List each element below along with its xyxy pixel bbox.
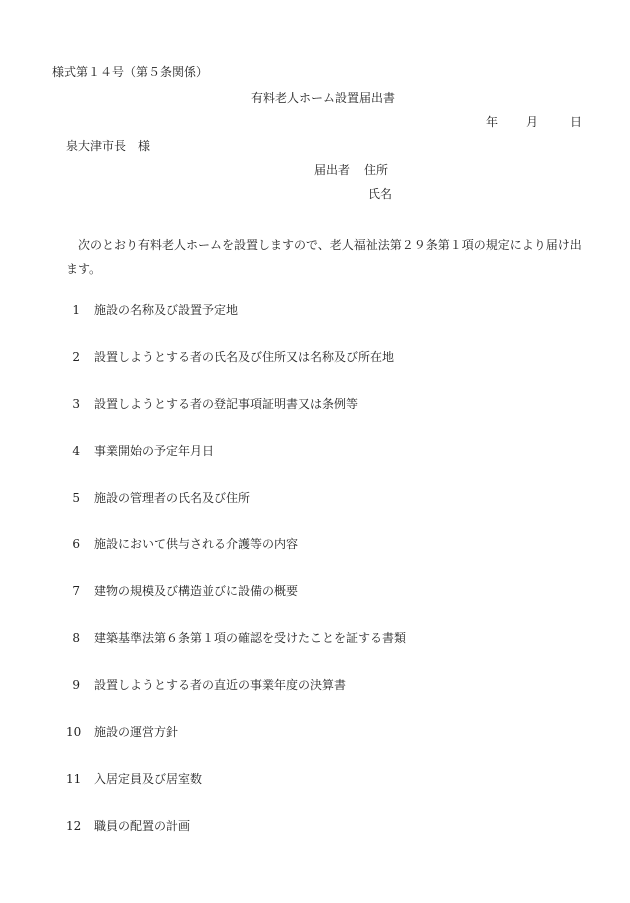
item-text: 施設の管理者の氏名及び住所 [94,491,250,505]
item-number: 11 [66,771,80,787]
list-item: 1施設の名称及び設置予定地 [66,302,406,349]
applicant-address-row: 届出者住所 [314,162,388,178]
item-text: 建物の規模及び構造並びに設備の概要 [94,584,298,598]
list-item: 11入居定員及び居室数 [66,771,406,818]
addressee: 泉大津市長 様 [66,138,150,154]
item-number: 9 [66,677,80,693]
item-number: 4 [66,443,80,459]
form-number: 様式第１４号（第５条関係） [52,64,208,80]
item-number: 2 [66,349,80,365]
item-number: 1 [66,302,80,318]
list-item: 5施設の管理者の氏名及び住所 [66,490,406,537]
attachment-list: 1施設の名称及び設置予定地 2設置しようとする者の氏名及び住所又は名称及び所在地… [66,302,406,865]
date-year-label: 年 [486,114,526,130]
item-number: 3 [66,396,80,412]
date-month-label: 月 [526,114,570,130]
applicant-role-label: 届出者 [314,163,350,177]
applicant-name-label: 氏名 [368,187,392,201]
applicant-address-label: 住所 [364,163,388,177]
date-day-label: 日 [570,114,582,130]
item-text: 職員の配置の計画 [94,819,190,833]
list-item: 9設置しようとする者の直近の事業年度の決算書 [66,677,406,724]
body-text: 次のとおり有料老人ホームを設置しますので、老人福祉法第２９条第１項の規定により届… [66,233,586,281]
list-item: 8建築基準法第６条第１項の確認を受けたことを証する書類 [66,630,406,677]
item-number: 10 [66,724,80,740]
list-item: 3設置しようとする者の登記事項証明書又は条例等 [66,396,406,443]
item-number: 8 [66,630,80,646]
document-title: 有料老人ホーム設置届出書 [251,90,395,106]
list-item: 10施設の運営方針 [66,724,406,771]
item-text: 設置しようとする者の直近の事業年度の決算書 [94,678,346,692]
item-text: 事業開始の予定年月日 [94,444,214,458]
item-text: 施設の運営方針 [94,725,178,739]
list-item: 7建物の規模及び構造並びに設備の概要 [66,583,406,630]
list-item: 2設置しようとする者の氏名及び住所又は名称及び所在地 [66,349,406,396]
item-text: 設置しようとする者の氏名及び住所又は名称及び所在地 [94,350,394,364]
list-item: 6施設において供与される介護等の内容 [66,536,406,583]
item-number: 5 [66,490,80,506]
applicant-name-row: 氏名 [368,186,392,202]
item-text: 建築基準法第６条第１項の確認を受けたことを証する書類 [94,631,406,645]
item-text: 設置しようとする者の登記事項証明書又は条例等 [94,397,358,411]
item-number: 7 [66,583,80,599]
item-text: 施設の名称及び設置予定地 [94,303,238,317]
item-number: 6 [66,536,80,552]
item-text: 入居定員及び居室数 [94,772,202,786]
list-item: 4事業開始の予定年月日 [66,443,406,490]
item-number: 12 [66,818,80,834]
list-item: 12職員の配置の計画 [66,818,406,865]
item-text: 施設において供与される介護等の内容 [94,537,298,551]
date-line: 年月日 [486,114,582,130]
